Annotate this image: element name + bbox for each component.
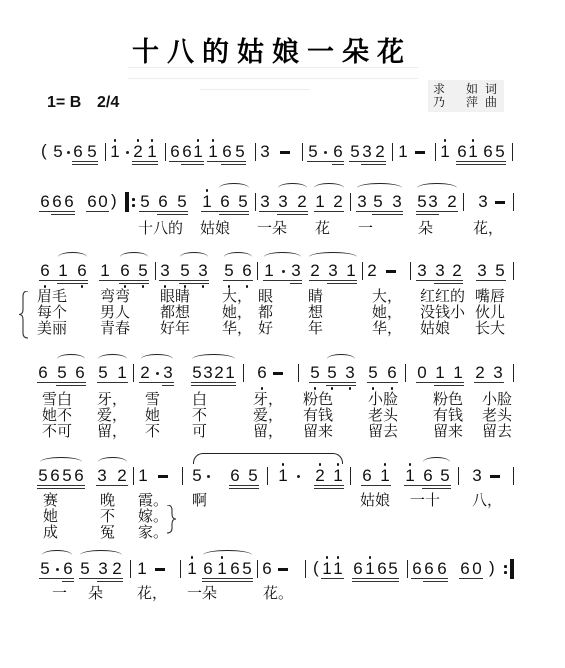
- note-digit: 1: [201, 192, 213, 212]
- rhythm-underline: [367, 382, 398, 383]
- rhythm-underline: [290, 283, 302, 284]
- lyric-verse-3: 不可: [42, 423, 72, 439]
- bar-line: [512, 143, 513, 161]
- lyric-verse-1: 粉色: [433, 391, 463, 407]
- note: 3: [434, 261, 446, 281]
- note-high-octave: 1: [467, 142, 479, 162]
- note-low-octave: 5: [179, 261, 191, 281]
- low-octave-dot: [349, 387, 352, 390]
- slur: [264, 252, 301, 262]
- bar-line: [435, 143, 436, 161]
- rhythm-underline: [352, 581, 399, 582]
- note-digit: 0: [97, 192, 109, 212]
- note-digit: 3: [476, 261, 488, 281]
- lyric-column: 花，: [137, 585, 167, 601]
- bar-line: [513, 467, 514, 485]
- note-digit: 5: [37, 466, 49, 486]
- lyric-column: 八，: [472, 492, 502, 508]
- lyric-verse-3: 冤: [100, 524, 115, 540]
- rhythm-underline: [456, 164, 506, 165]
- rhythm-underline: [202, 578, 253, 579]
- note: 3: [476, 261, 488, 281]
- note-digit: 6: [72, 142, 84, 162]
- note: 5: [86, 142, 98, 162]
- note-high-octave: 1: [201, 192, 213, 212]
- lyric-verse-1: 十八的: [138, 220, 183, 236]
- note: 5: [79, 559, 91, 579]
- note-digit: 1: [216, 559, 228, 579]
- sustain-dash: [280, 151, 290, 154]
- note: 3: [471, 466, 483, 486]
- note-digit: 6: [157, 192, 169, 212]
- note-digit: 6: [229, 466, 241, 486]
- note: 6: [74, 363, 86, 383]
- lyric-verse-3: 好年: [160, 320, 190, 336]
- lyric-verse-2: 有钱: [303, 407, 333, 423]
- lyric-column: 嘴唇伙儿长大: [475, 288, 505, 336]
- lyric-verse-3: 留，: [253, 423, 283, 439]
- bar-line: [350, 193, 351, 211]
- note-digit: 3: [259, 142, 271, 162]
- thick-bar: [510, 559, 514, 579]
- lyric-column: 十八的: [138, 220, 183, 236]
- note: 2: [116, 466, 128, 486]
- paren-open: (: [313, 558, 319, 578]
- note-high-octave: 1: [186, 559, 198, 579]
- lyric-column: 白不可: [192, 391, 207, 439]
- note-high-octave: 1: [332, 559, 344, 579]
- rhythm-underline: [372, 214, 403, 215]
- note: 6: [459, 559, 471, 579]
- paren-close: ): [111, 191, 117, 211]
- lyric-column: 花。: [263, 585, 293, 601]
- lyric-verse-2: 老头: [368, 407, 398, 423]
- lyric-column: 大，她，华，: [222, 288, 252, 336]
- note-digit: 3: [416, 261, 428, 281]
- lyric-verse-3: 成: [43, 524, 58, 540]
- lyric-verse-1: 小脸: [482, 391, 512, 407]
- rhythm-underline: [456, 161, 506, 162]
- lyric-verse-1: 眼: [258, 288, 273, 304]
- note-digit: 6: [39, 192, 51, 212]
- note-high-octave: 2: [314, 466, 326, 486]
- note: 6: [261, 559, 273, 579]
- note: 3: [327, 261, 339, 281]
- augmentation-dot: [324, 151, 327, 154]
- note-digit: 1: [379, 466, 391, 486]
- lyric-column: 小脸老头留去: [368, 391, 398, 439]
- verse-brace-right: [167, 505, 177, 539]
- note: 2: [366, 261, 378, 281]
- rhythm-underline: [423, 581, 448, 582]
- note: 2: [474, 363, 486, 383]
- rhythm-underline: [352, 578, 399, 579]
- note: 5: [56, 363, 68, 383]
- high-octave-dot: [472, 139, 475, 142]
- note-digit: 6: [73, 466, 85, 486]
- lyric-verse-3: 可: [192, 423, 207, 439]
- lyric-verse-3: 家。: [138, 524, 168, 540]
- bar-line: [458, 467, 459, 485]
- note: 6: [63, 192, 75, 212]
- lyric-verse-1: 啊: [192, 492, 207, 508]
- rhythm-underline: [132, 161, 158, 162]
- note-digit: 5: [309, 363, 321, 383]
- note-digit: 5: [79, 559, 91, 579]
- slur: [98, 354, 127, 364]
- note-high-octave: 1: [277, 466, 289, 486]
- rhythm-underline: [434, 385, 464, 386]
- lyric-verse-1: 赛: [43, 492, 58, 508]
- note-digit: 6: [459, 559, 471, 579]
- lyric-verse-1: 朵: [88, 585, 103, 601]
- note-digit: 6: [219, 192, 231, 212]
- note-digit: 2: [314, 466, 326, 486]
- rhythm-underline: [221, 164, 246, 165]
- note: 6: [411, 559, 423, 579]
- note-digit: 1: [186, 559, 198, 579]
- note-digit: 5: [237, 192, 249, 212]
- lyric-column: 一朵: [257, 220, 287, 236]
- slur: [327, 354, 355, 364]
- note-digit: 3: [97, 559, 109, 579]
- augmentation-dot: [126, 151, 129, 154]
- note: 6: [202, 559, 214, 579]
- note-low-octave: 6: [119, 261, 131, 281]
- lyric-verse-1: 霞。: [138, 492, 168, 508]
- lyric-verse-1: 花。: [263, 585, 293, 601]
- rhythm-underline: [307, 161, 344, 162]
- note-digit: 1: [99, 261, 111, 281]
- lyric-verse-1: 大，: [222, 288, 252, 304]
- rhythm-underline: [39, 280, 88, 281]
- bar-line: [105, 143, 106, 161]
- rhythm-underline: [321, 578, 344, 579]
- lyric-verse-2: 她，: [372, 304, 402, 320]
- lyric-column: 姑娘: [200, 220, 230, 236]
- note-digit: 5: [367, 363, 379, 383]
- note: 5: [139, 192, 151, 212]
- lyric-column: 眉毛每个美丽: [37, 288, 67, 336]
- lyric-verse-1: 晚: [100, 492, 115, 508]
- note: 5: [241, 559, 253, 579]
- slur: [40, 457, 82, 467]
- note: 5: [307, 142, 319, 162]
- slur: [192, 354, 235, 364]
- note-digit: 1: [207, 142, 219, 162]
- note: 5: [494, 142, 506, 162]
- rhythm-underline: [223, 280, 253, 281]
- lyric-column: 睛想年: [308, 288, 323, 336]
- bar-line: [182, 467, 183, 485]
- lyric-column: 朵: [418, 220, 433, 236]
- note-digit: 6: [169, 142, 181, 162]
- note-digit: 3: [259, 192, 271, 212]
- note: 2: [309, 261, 321, 281]
- low-octave-dot: [142, 285, 145, 288]
- note: 3: [492, 363, 504, 383]
- lyric-verse-1: 大，: [372, 288, 402, 304]
- bar-line: [298, 364, 299, 382]
- high-octave-dot: [191, 556, 194, 559]
- lyric-verse-1: 睛: [308, 288, 323, 304]
- lyric-column: 大，她，华，: [372, 288, 402, 336]
- note-digit: 6: [256, 363, 268, 383]
- rhythm-underline: [39, 578, 74, 579]
- note-digit: 1: [404, 466, 416, 486]
- lyric-column: 牙，爱，留，: [253, 391, 283, 439]
- rhythm-underline: [37, 485, 85, 486]
- note: 6: [229, 466, 241, 486]
- note: 6: [157, 192, 169, 212]
- note-low-octave: 3: [159, 261, 171, 281]
- note-low-octave: 5: [326, 363, 338, 383]
- lyric-verse-1: 朵: [418, 220, 433, 236]
- paren-open: (: [41, 141, 47, 161]
- note-digit: 1: [345, 261, 357, 281]
- note: 5: [439, 466, 451, 486]
- lyric-verse-1: 嘴唇: [475, 288, 505, 304]
- slur: [58, 252, 87, 262]
- note-high-octave: 1: [146, 142, 158, 162]
- lyric-column: 姑娘: [360, 492, 390, 508]
- rhythm-underline: [96, 485, 128, 486]
- note: 3: [259, 142, 271, 162]
- lyric-verse-1: 一: [358, 220, 373, 236]
- lyric-verse-2: 伙儿: [475, 304, 505, 320]
- lyric-verse-2: 她: [145, 407, 160, 423]
- sustain-dash: [415, 151, 425, 154]
- note: 0: [416, 363, 428, 383]
- bar-line: [407, 560, 408, 578]
- note-digit: 1: [332, 559, 344, 579]
- augmentation-dot: [282, 270, 285, 273]
- note-digit: 1: [452, 363, 464, 383]
- note-digit: 5: [97, 363, 109, 383]
- lyric-column: 小脸老头留去: [482, 391, 512, 439]
- note-digit: 5: [387, 559, 399, 579]
- rhythm-underline: [404, 485, 451, 486]
- note: 3: [96, 466, 108, 486]
- note-digit: 6: [202, 559, 214, 579]
- lyric-column: 赛她成: [43, 492, 58, 540]
- augmentation-dot: [67, 151, 70, 154]
- lyric-verse-1: 姑娘: [360, 492, 390, 508]
- note-digit: 1: [332, 466, 344, 486]
- augmentation-dot: [156, 372, 159, 375]
- note: 6: [332, 142, 344, 162]
- rhythm-underline: [181, 164, 204, 165]
- note-digit: 5: [56, 363, 68, 383]
- lyric-verse-1: 一: [52, 585, 67, 601]
- lyric-verse-1: 八，: [472, 492, 502, 508]
- note-digit: 3: [477, 192, 489, 212]
- high-octave-dot: [212, 139, 215, 142]
- note-low-octave: 5: [137, 261, 149, 281]
- note: 2: [296, 192, 308, 212]
- note-digit: 6: [411, 559, 423, 579]
- note-digit: 6: [49, 466, 61, 486]
- note-digit: 1: [146, 142, 158, 162]
- note-high-octave: 2: [132, 142, 144, 162]
- augmentation-dot: [207, 475, 210, 478]
- lyric-verse-2: 都: [258, 304, 273, 320]
- lyric-column: 花，: [473, 220, 503, 236]
- lyric-verse-1: 一十: [410, 492, 440, 508]
- rhythm-underline: [219, 214, 249, 215]
- high-octave-dot: [444, 139, 447, 142]
- note: 2: [139, 363, 151, 383]
- rhythm-underline: [416, 214, 439, 215]
- note: 1: [137, 466, 149, 486]
- note-digit: 6: [62, 559, 74, 579]
- note-digit: 6: [241, 261, 253, 281]
- note: 0: [97, 192, 109, 212]
- rhythm-underline: [361, 485, 391, 486]
- rhythm-underline: [459, 578, 483, 579]
- note-low-octave: 6: [76, 261, 88, 281]
- thick-bar: [125, 192, 129, 212]
- note: 5: [97, 363, 109, 383]
- note-digit: 5: [349, 142, 361, 162]
- note: 1: [224, 363, 236, 383]
- note-digit: 6: [229, 559, 241, 579]
- lyric-verse-1: 一朵: [187, 585, 217, 601]
- note: 6: [73, 466, 85, 486]
- note-digit: 6: [423, 559, 435, 579]
- lyric-verse-3: 留来: [303, 423, 333, 439]
- note-digit: 5: [61, 466, 73, 486]
- bar-line: [267, 467, 268, 485]
- lyric-column: 眼睛都想好年: [160, 288, 190, 336]
- note-digit: 3: [159, 261, 171, 281]
- note-digit: 2: [309, 261, 321, 281]
- augmentation-dot: [56, 568, 59, 571]
- bar-line: [133, 364, 134, 382]
- lyric-verse-1: 一朵: [257, 220, 287, 236]
- note-digit: 6: [74, 363, 86, 383]
- note-high-octave: 1: [216, 559, 228, 579]
- rhythm-underline: [79, 578, 123, 579]
- rhythm-underline: [72, 164, 98, 165]
- note: 6: [169, 142, 181, 162]
- slur: [57, 354, 85, 364]
- note: 1: [136, 559, 148, 579]
- lyric-verse-2: 每个: [37, 304, 67, 320]
- lyric-column: 花: [315, 220, 330, 236]
- note-digit: 5: [241, 559, 253, 579]
- rhythm-underline: [314, 211, 344, 212]
- note-digit: 5: [179, 261, 191, 281]
- lyric-verse-2: 没钱小: [420, 304, 465, 320]
- lyric-verse-3: 留，: [97, 423, 127, 439]
- low-octave-dot: [202, 285, 205, 288]
- note: 6: [422, 466, 434, 486]
- note-low-octave: 6: [39, 261, 51, 281]
- high-octave-dot: [369, 556, 372, 559]
- note-digit: 2: [366, 261, 378, 281]
- note: 5: [37, 466, 49, 486]
- lyric-verse-1: 雪: [145, 391, 160, 407]
- note-digit: 6: [332, 142, 344, 162]
- note-digit: 1: [137, 466, 149, 486]
- rhythm-underline: [207, 161, 246, 162]
- note-digit: 6: [119, 261, 131, 281]
- note-digit: 1: [434, 363, 446, 383]
- rhythm-underline: [57, 283, 88, 284]
- slur: [357, 183, 402, 193]
- rhythm-underline: [361, 164, 386, 165]
- bar-line: [155, 262, 156, 280]
- bar-line: [257, 262, 258, 280]
- note: 1: [345, 261, 357, 281]
- sustain-dash: [386, 270, 396, 273]
- rhythm-underline: [476, 280, 506, 281]
- note: 6: [37, 363, 49, 383]
- note-digit: 2: [132, 142, 144, 162]
- rhythm-underline: [229, 485, 259, 486]
- note: 1: [452, 363, 464, 383]
- sustain-dash: [490, 475, 500, 478]
- rhythm-underline: [229, 488, 259, 489]
- note-digit: 6: [352, 559, 364, 579]
- rhythm-underline: [139, 382, 174, 383]
- note-digit: 5: [137, 261, 149, 281]
- rhythm-underline: [201, 211, 249, 212]
- lyric-column: 一十: [410, 492, 440, 508]
- rhythm-underline: [416, 211, 458, 212]
- rhythm-underline: [62, 581, 74, 582]
- rhythm-underline: [411, 578, 448, 579]
- lyric-column: 一: [52, 585, 67, 601]
- rhythm-underline: [86, 211, 109, 212]
- lyric-verse-1: 小脸: [368, 391, 398, 407]
- lyric-verse-2: 她: [43, 508, 58, 524]
- note: 3: [391, 192, 403, 212]
- note-digit: 5: [326, 363, 338, 383]
- rhythm-underline: [202, 581, 253, 582]
- lyric-column: 牙，爱，留，: [97, 391, 127, 439]
- rhythm-underline: [179, 283, 209, 284]
- note-digit: 3: [391, 192, 403, 212]
- note: 6: [72, 142, 84, 162]
- note: 5: [191, 466, 203, 486]
- note-digit: 6: [37, 363, 49, 383]
- note: 0: [471, 559, 483, 579]
- note-digit: 5: [86, 142, 98, 162]
- note-low-octave: 5: [367, 363, 379, 383]
- note-digit: 1: [116, 363, 128, 383]
- lyric-verse-1: 眉毛: [37, 288, 67, 304]
- high-octave-dot: [384, 463, 387, 466]
- numbered-notation-score: (56512166116535653211616566660)565165332…: [0, 0, 565, 668]
- note-digit: 6: [51, 192, 63, 212]
- lyric-verse-3: 青春: [100, 320, 130, 336]
- note: 3: [427, 192, 439, 212]
- note-low-octave: 5: [309, 363, 321, 383]
- lyric-verse-2: 男人: [100, 304, 130, 320]
- note: 2: [111, 559, 123, 579]
- lyric-verse-2: 有钱: [433, 407, 463, 423]
- note: 1: [434, 363, 446, 383]
- note-high-octave: 1: [207, 142, 219, 162]
- rhythm-underline: [422, 488, 451, 489]
- lyric-verse-2: 爱，: [253, 407, 283, 423]
- lyric-verse-2: 她不: [42, 407, 72, 423]
- rhythm-underline: [72, 161, 98, 162]
- rhythm-underline: [309, 382, 356, 383]
- note-digit: 3: [492, 363, 504, 383]
